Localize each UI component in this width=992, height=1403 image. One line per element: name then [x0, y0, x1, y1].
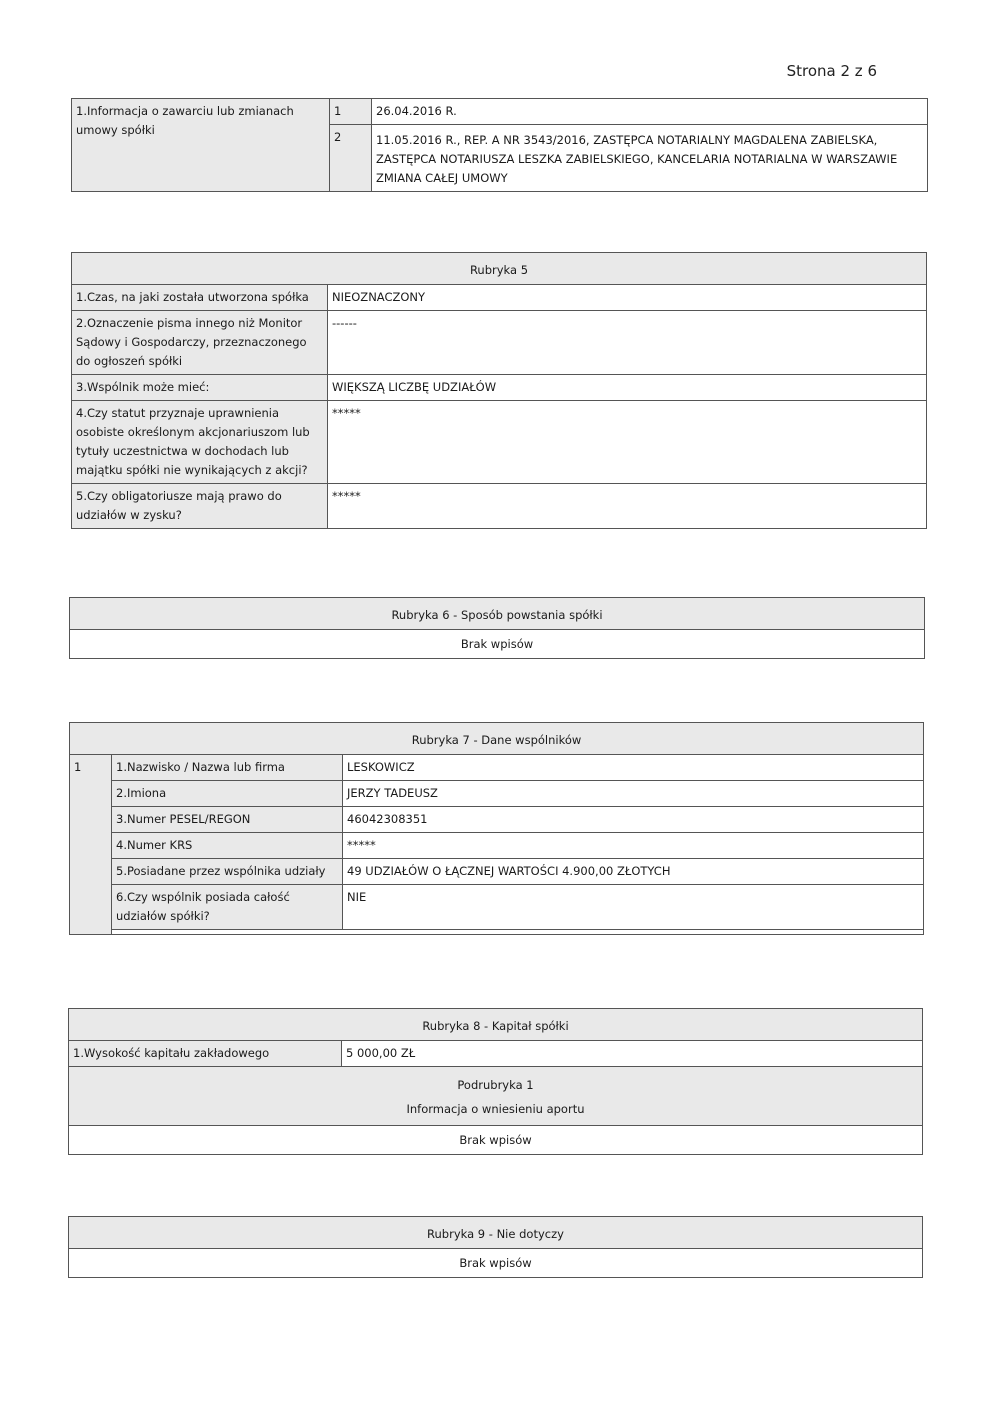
field-label: 5.Posiadane przez wspólnika udziały — [112, 859, 343, 885]
field-label: 2.Imiona — [112, 781, 343, 807]
field-label: 6.Czy wspólnik posiada całość udziałów s… — [112, 885, 343, 930]
section-title: Rubryka 7 - Dane wspólników — [70, 723, 924, 755]
field-value: ***** — [328, 484, 927, 529]
field-value: WIĘKSZĄ LICZBĘ UDZIAŁÓW — [328, 375, 927, 401]
section-title: Rubryka 9 - Nie dotyczy — [69, 1217, 923, 1249]
rubryka-6-table: Rubryka 6 - Sposób powstania spółki Brak… — [69, 597, 925, 659]
field-label: 1.Czas, na jaki została utworzona spółka — [72, 285, 328, 311]
subsection-header: Podrubryka 1 Informacja o wniesieniu apo… — [69, 1067, 923, 1126]
field-label: 4.Czy statut przyznaje uprawnienia osobi… — [72, 401, 328, 484]
field-value: 46042308351 — [343, 807, 924, 833]
field-value: LESKOWICZ — [343, 755, 924, 781]
subsection-title: Podrubryka 1 — [73, 1073, 918, 1097]
field-label: 2.Oznaczenie pisma innego niż Monitor Są… — [72, 311, 328, 375]
contract-info-table: 1.Informacja o zawarciu lub zmianach umo… — [71, 98, 928, 192]
entry-value: 11.05.2016 R., REP. A NR 3543/2016, ZAST… — [372, 125, 928, 192]
field-value: 5 000,00 ZŁ — [342, 1041, 923, 1067]
field-value: JERZY TADEUSZ — [343, 781, 924, 807]
field-label: 4.Numer KRS — [112, 833, 343, 859]
field-value: NIEOZNACZONY — [328, 285, 927, 311]
rubryka-8-table: Rubryka 8 - Kapitał spółki 1.Wysokość ka… — [68, 1008, 923, 1155]
section-title: Rubryka 8 - Kapitał spółki — [69, 1009, 923, 1041]
field-value: ***** — [328, 401, 927, 484]
entry-value: 26.04.2016 R. — [372, 99, 928, 125]
no-entries-text: Brak wpisów — [69, 1249, 923, 1278]
field-label: 3.Wspólnik może mieć: — [72, 375, 328, 401]
field-value: 49 UDZIAŁÓW O ŁĄCZNEJ WARTOŚCI 4.900,00 … — [343, 859, 924, 885]
no-entries-text: Brak wpisów — [70, 630, 925, 659]
field-label: 3.Numer PESEL/REGON — [112, 807, 343, 833]
rubryka-9-table: Rubryka 9 - Nie dotyczy Brak wpisów — [68, 1216, 923, 1278]
spacer-row — [112, 930, 924, 935]
subsection-subtitle: Informacja o wniesieniu aportu — [73, 1097, 918, 1121]
field-value: ------ — [328, 311, 927, 375]
rubryka-5-table: Rubryka 5 1.Czas, na jaki została utworz… — [71, 252, 927, 529]
field-value: ***** — [343, 833, 924, 859]
partner-number: 1 — [70, 755, 112, 935]
field-label: 1.Wysokość kapitału zakładowego — [69, 1041, 342, 1067]
field-label: 5.Czy obligatoriusze mają prawo do udzia… — [72, 484, 328, 529]
page-number: Strona 2 z 6 — [787, 62, 877, 80]
field-label: 1.Nazwisko / Nazwa lub firma — [112, 755, 343, 781]
section-title: Rubryka 6 - Sposób powstania spółki — [70, 598, 925, 630]
entry-number: 2 — [330, 125, 372, 192]
rubryka-7-table: Rubryka 7 - Dane wspólników 1 1.Nazwisko… — [69, 722, 924, 935]
field-value: NIE — [343, 885, 924, 930]
section-title: Rubryka 5 — [72, 253, 927, 285]
contract-info-label: 1.Informacja o zawarciu lub zmianach umo… — [72, 99, 330, 192]
entry-number: 1 — [330, 99, 372, 125]
no-entries-text: Brak wpisów — [69, 1126, 923, 1155]
